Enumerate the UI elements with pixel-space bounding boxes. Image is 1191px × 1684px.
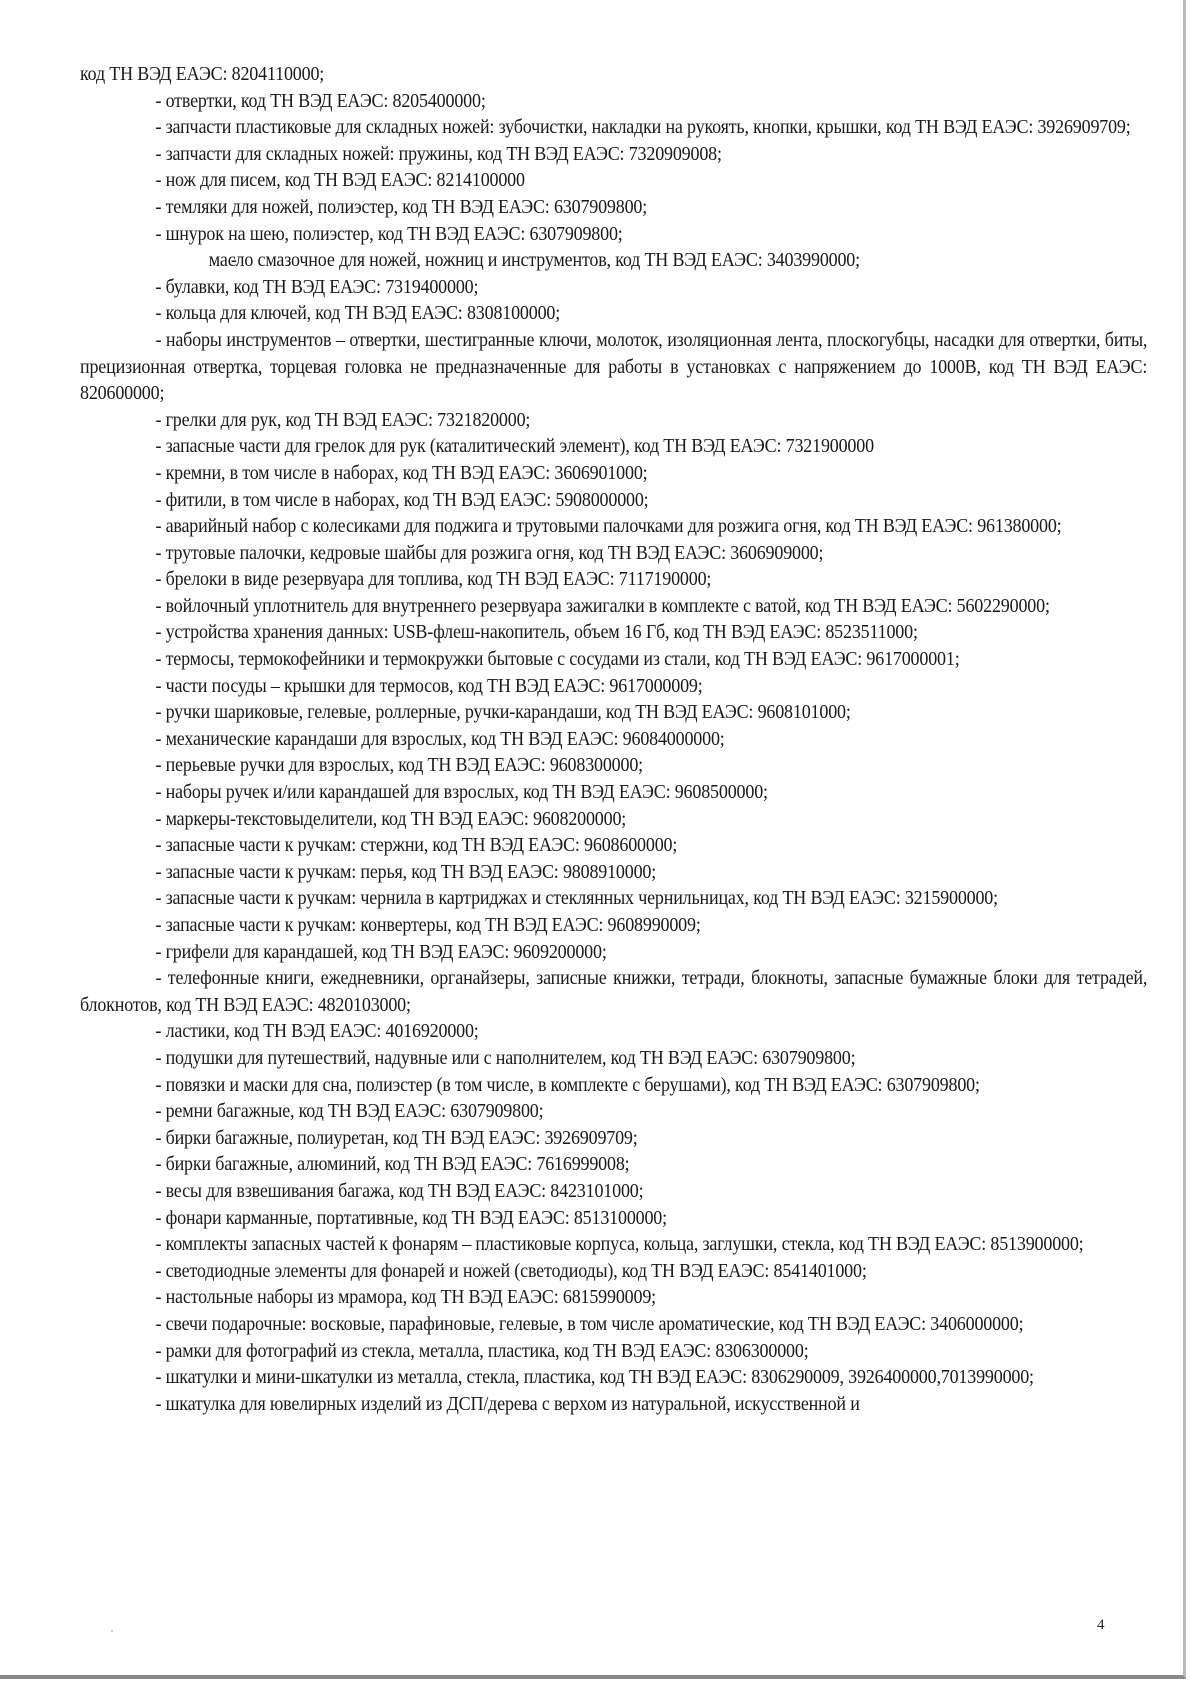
list-dash: - bbox=[155, 248, 208, 275]
list-item: - шнурок на шею, полиэстер, код ТН ВЭД Е… bbox=[80, 222, 1147, 249]
list-item: - запасные части к ручкам: перья, код ТН… bbox=[80, 860, 1147, 887]
list-item: - ручки шариковые, гелевые, роллерные, р… bbox=[80, 700, 1147, 727]
list-item: - запчасти пластиковые для складных ноже… bbox=[80, 115, 1147, 142]
list-item: - трутовые палочки, кедровые шайбы для р… bbox=[80, 541, 1147, 568]
list-item: - весы для взвешивания багажа, код ТН ВЭ… bbox=[80, 1179, 1147, 1206]
document-body: код ТН ВЭД ЕАЭС: 8204110000;- отвертки, … bbox=[80, 62, 1147, 1418]
list-item: - устройства хранения данных: USB-флеш-н… bbox=[80, 620, 1147, 647]
list-item: - запасные части к ручкам: чернила в кар… bbox=[80, 886, 1147, 913]
document-page: код ТН ВЭД ЕАЭС: 8204110000;- отвертки, … bbox=[0, 0, 1186, 1679]
list-item: - механические карандаши для взрослых, к… bbox=[80, 727, 1147, 754]
list-item: - подушки для путешествий, надувные или … bbox=[80, 1046, 1147, 1073]
list-item: - запчасти для складных ножей: пружины, … bbox=[80, 142, 1147, 169]
page-number: 4 bbox=[1097, 1617, 1105, 1634]
list-item: - маркеры-текстовыделители, код ТН ВЭД Е… bbox=[80, 807, 1147, 834]
list-item: - ремни багажные, код ТН ВЭД ЕАЭС: 63079… bbox=[80, 1099, 1147, 1126]
list-item: - шкатулка для ювелирных изделий из ДСП/… bbox=[80, 1392, 1147, 1419]
list-item: - аварийный набор с колесиками для поджи… bbox=[80, 514, 1147, 541]
list-item: - рамки для фотографий из стекла, металл… bbox=[80, 1339, 1147, 1366]
list-item: - шкатулки и мини-шкатулки из металла, с… bbox=[80, 1365, 1147, 1392]
list-item: - нож для писем, код ТН ВЭД ЕАЭС: 821410… bbox=[80, 168, 1147, 195]
list-item: - комплекты запасных частей к фонарям – … bbox=[80, 1232, 1147, 1259]
list-item: - настольные наборы из мрамора, код ТН В… bbox=[80, 1285, 1147, 1312]
list-item: - ластики, код ТН ВЭД ЕАЭС: 4016920000; bbox=[80, 1019, 1147, 1046]
list-item: - кремни, в том числе в наборах, код ТН … bbox=[80, 461, 1147, 488]
list-item: - отвертки, код ТН ВЭД ЕАЭС: 8205400000; bbox=[80, 89, 1147, 116]
list-item: - бирки багажные, алюминий, код ТН ВЭД Е… bbox=[80, 1152, 1147, 1179]
list-item: - повязки и маски для сна, полиэстер (в … bbox=[80, 1073, 1147, 1100]
list-item: - грифели для карандашей, код ТН ВЭД ЕАЭ… bbox=[80, 940, 1147, 967]
list-item: - кольца для ключей, код ТН ВЭД ЕАЭС: 83… bbox=[80, 301, 1147, 328]
list-item: - темляки для ножей, полиэстер, код ТН В… bbox=[80, 195, 1147, 222]
list-item: - светодиодные элементы для фонарей и но… bbox=[80, 1259, 1147, 1286]
scan-speck bbox=[111, 1630, 113, 1632]
list-item: - наборы инструментов – отвертки, шестиг… bbox=[80, 328, 1147, 408]
list-item: - свечи подарочные: восковые, парафиновы… bbox=[80, 1312, 1147, 1339]
list-item: - части посуды – крышки для термосов, ко… bbox=[80, 674, 1147, 701]
list-item: - фонари карманные, портативные, код ТН … bbox=[80, 1206, 1147, 1233]
list-item-text: масло смазочное для ножей, ножниц и инст… bbox=[209, 250, 860, 271]
list-item: - телефонные книги, ежедневники, органай… bbox=[80, 966, 1147, 1019]
list-item: - перьевые ручки для взрослых, код ТН ВЭ… bbox=[80, 753, 1147, 780]
list-item: - запасные части к ручкам: конвертеры, к… bbox=[80, 913, 1147, 940]
list-item: -масло смазочное для ножей, ножниц и инс… bbox=[80, 248, 1147, 275]
continuation-paragraph: код ТН ВЭД ЕАЭС: 8204110000; bbox=[80, 62, 1147, 89]
list-item: - грелки для рук, код ТН ВЭД ЕАЭС: 73218… bbox=[80, 408, 1147, 435]
list-item: - запасные части для грелок для рук (кат… bbox=[80, 434, 1147, 461]
list-item: - войлочный уплотнитель для внутреннего … bbox=[80, 594, 1147, 621]
list-item: - запасные части к ручкам: стержни, код … bbox=[80, 833, 1147, 860]
list-item: - брелоки в виде резервуара для топлива,… bbox=[80, 567, 1147, 594]
list-item: - термосы, термокофейники и термокружки … bbox=[80, 647, 1147, 674]
list-item: - наборы ручек и/или карандашей для взро… bbox=[80, 780, 1147, 807]
list-item: - булавки, код ТН ВЭД ЕАЭС: 7319400000; bbox=[80, 275, 1147, 302]
list-item: - бирки багажные, полиуретан, код ТН ВЭД… bbox=[80, 1126, 1147, 1153]
list-item: - фитили, в том числе в наборах, код ТН … bbox=[80, 488, 1147, 515]
